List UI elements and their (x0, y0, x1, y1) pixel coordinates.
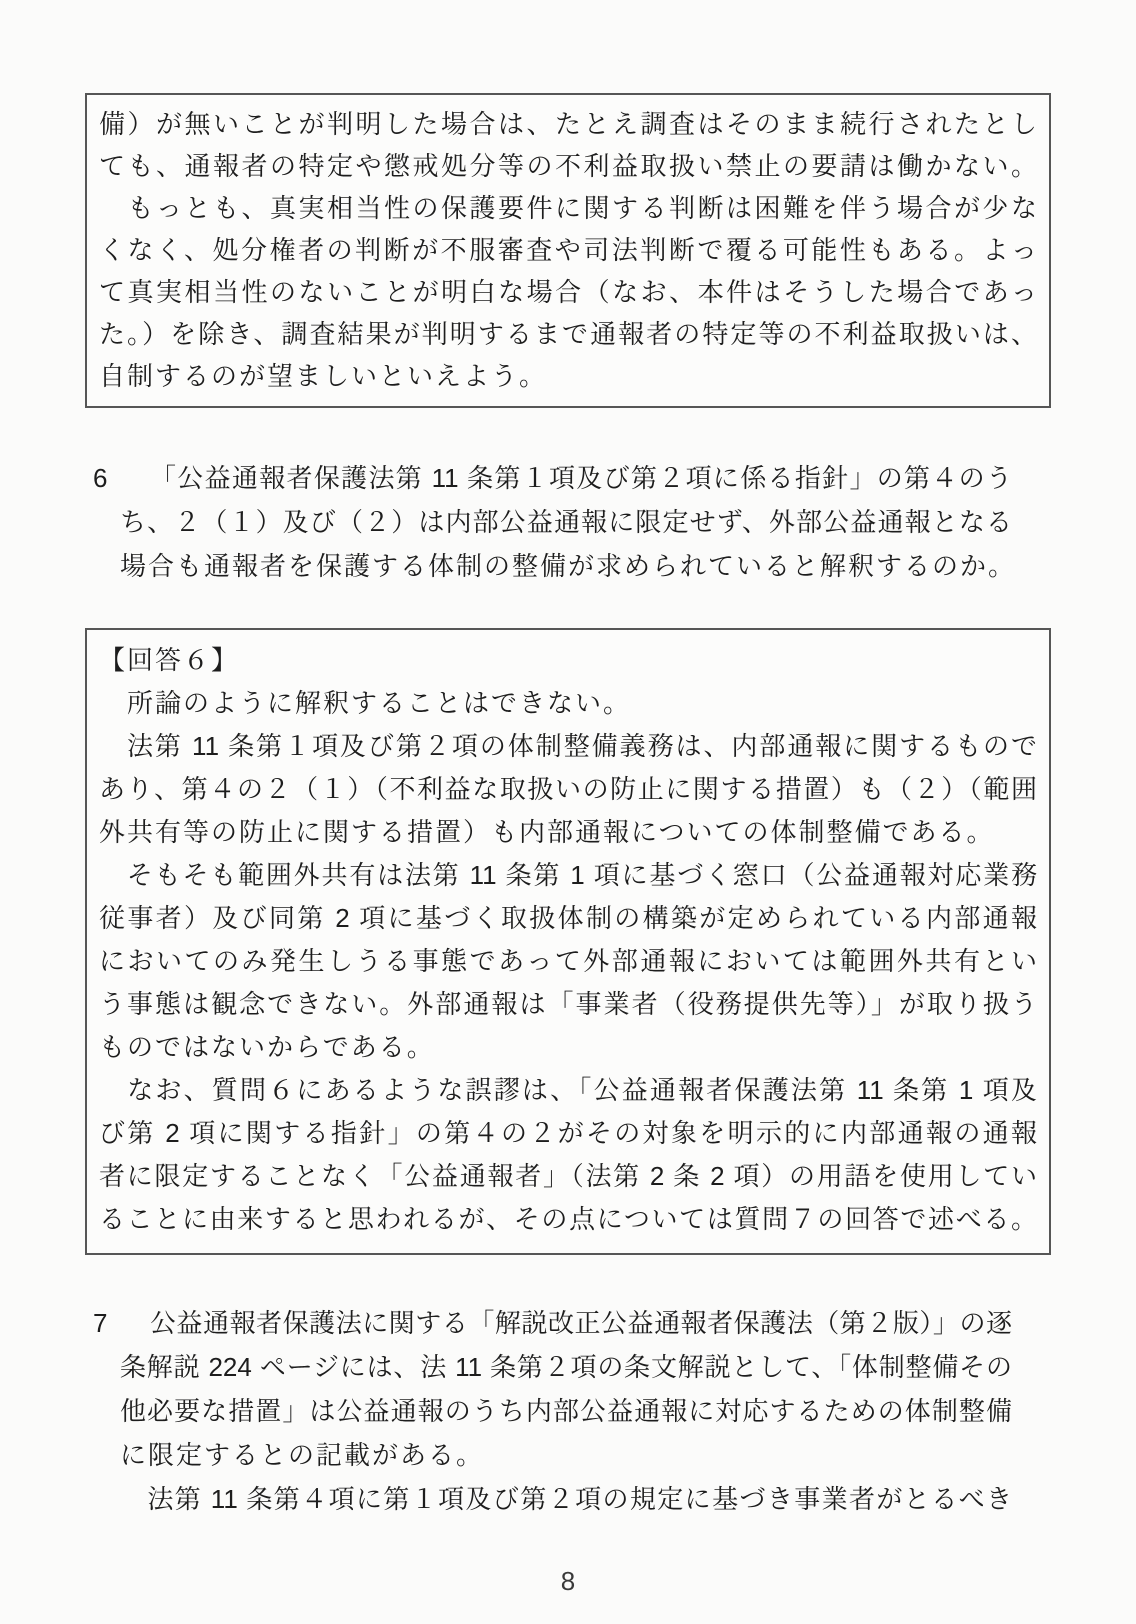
answer-6-box: 【回答６】 所論のように解釈することはできない。 法第 11 条第１項及び第２項… (85, 628, 1051, 1255)
text-line: くなく、処分権者の判断が不服審査や司法判断で覆る可能性もある。よっ (99, 229, 1037, 271)
text-line: あり、第４の２（１）（不利益な取扱いの防止に関する措置）も（２）（範囲 (99, 768, 1037, 811)
document-page: 備）が無いことが判明した場合は、たとえ調査はそのまま続行されたとし ても、通報者… (0, 0, 1136, 1624)
text-line: ても、通報者の特定や懲戒処分等の不利益取扱い禁止の要請は働かない。 (99, 145, 1037, 187)
text-line: なお、質問６にあるような誤謬は、「公益通報者保護法第 11 条第 1 項及 (99, 1069, 1037, 1112)
text-line: においてのみ発生しうる事態であって外部通報においては範囲外共有とい (99, 940, 1037, 983)
text-line: に限定するとの記載がある。 (120, 1433, 1012, 1477)
text-line: ち、２（１）及び（２）は内部公益通報に限定せず、外部公益通報となる (120, 500, 1012, 544)
text-line: ることに由来すると思われるが、その点については質問７の回答で述べる。 (99, 1198, 1037, 1241)
text-line: た。）を除き、調査結果が判明するまで通報者の特定等の不利益取扱いは、 (99, 313, 1037, 355)
text-line: もっとも、真実相当性の保護要件に関する判断は困難を伴う場合が少な (99, 187, 1037, 229)
text-line: て真実相当性のないことが明白な場合（なお、本件はそうした場合であっ (99, 271, 1037, 313)
text-line: 「公益通報者保護法第 11 条第１項及び第２項に係る指針」の第４のう (120, 456, 1012, 500)
text-line: 法第 11 条第４項に第１項及び第２項の規定に基づき事業者がとるべき (120, 1477, 1012, 1521)
text-line: 所論のように解釈することはできない。 (99, 682, 1037, 725)
text-line: 公益通報者保護法に関する「解説改正公益通報者保護法（第２版）」の逐 (120, 1301, 1012, 1345)
answer-6-header: 【回答６】 (99, 639, 1037, 682)
page-number: 8 (0, 1566, 1136, 1597)
text-line: う事態は観念できない。外部通報は「事業者（役務提供先等）」が取り扱う (99, 983, 1037, 1026)
text-line: そもそも範囲外共有は法第 11 条第 1 項に基づく窓口（公益通報対応業務 (99, 854, 1037, 897)
question-7: 7 公益通報者保護法に関する「解説改正公益通報者保護法（第２版）」の逐 条解説 … (85, 1301, 1012, 1521)
text-line: 自制するのが望ましいといえよう。 (99, 355, 1037, 397)
text-line: 従事者）及び同第 2 項に基づく取扱体制の構築が定められている内部通報 (99, 897, 1037, 940)
text-line: 他必要な措置」は公益通報のうち内部公益通報に対応するための体制整備 (120, 1389, 1012, 1433)
text-line: 場合も通報者を保護する体制の整備が求められていると解釈するのか。 (120, 544, 1012, 588)
text-line: 法第 11 条第１項及び第２項の体制整備義務は、内部通報に関するもので (99, 725, 1037, 768)
question-6-number: 6 (93, 456, 107, 500)
question-7-number: 7 (93, 1301, 107, 1345)
text-line: ものではないからである。 (99, 1026, 1037, 1069)
text-line: び第 2 項に関する指針」の第４の２がその対象を明示的に内部通報の通報 (99, 1112, 1037, 1155)
text-line: 者に限定することなく「公益通報者」（法第 2 条 2 項）の用語を使用してい (99, 1155, 1037, 1198)
continuation-answer-box: 備）が無いことが判明した場合は、たとえ調査はそのまま続行されたとし ても、通報者… (85, 93, 1051, 408)
text-line: 外共有等の防止に関する措置）も内部通報についての体制整備である。 (99, 811, 1037, 854)
text-line: 備）が無いことが判明した場合は、たとえ調査はそのまま続行されたとし (99, 103, 1037, 145)
question-6: 6 「公益通報者保護法第 11 条第１項及び第２項に係る指針」の第４のう ち、２… (85, 456, 1012, 588)
text-line: 条解説 224 ページには、法 11 条第２項の条文解説として、「体制整備その (120, 1345, 1012, 1389)
